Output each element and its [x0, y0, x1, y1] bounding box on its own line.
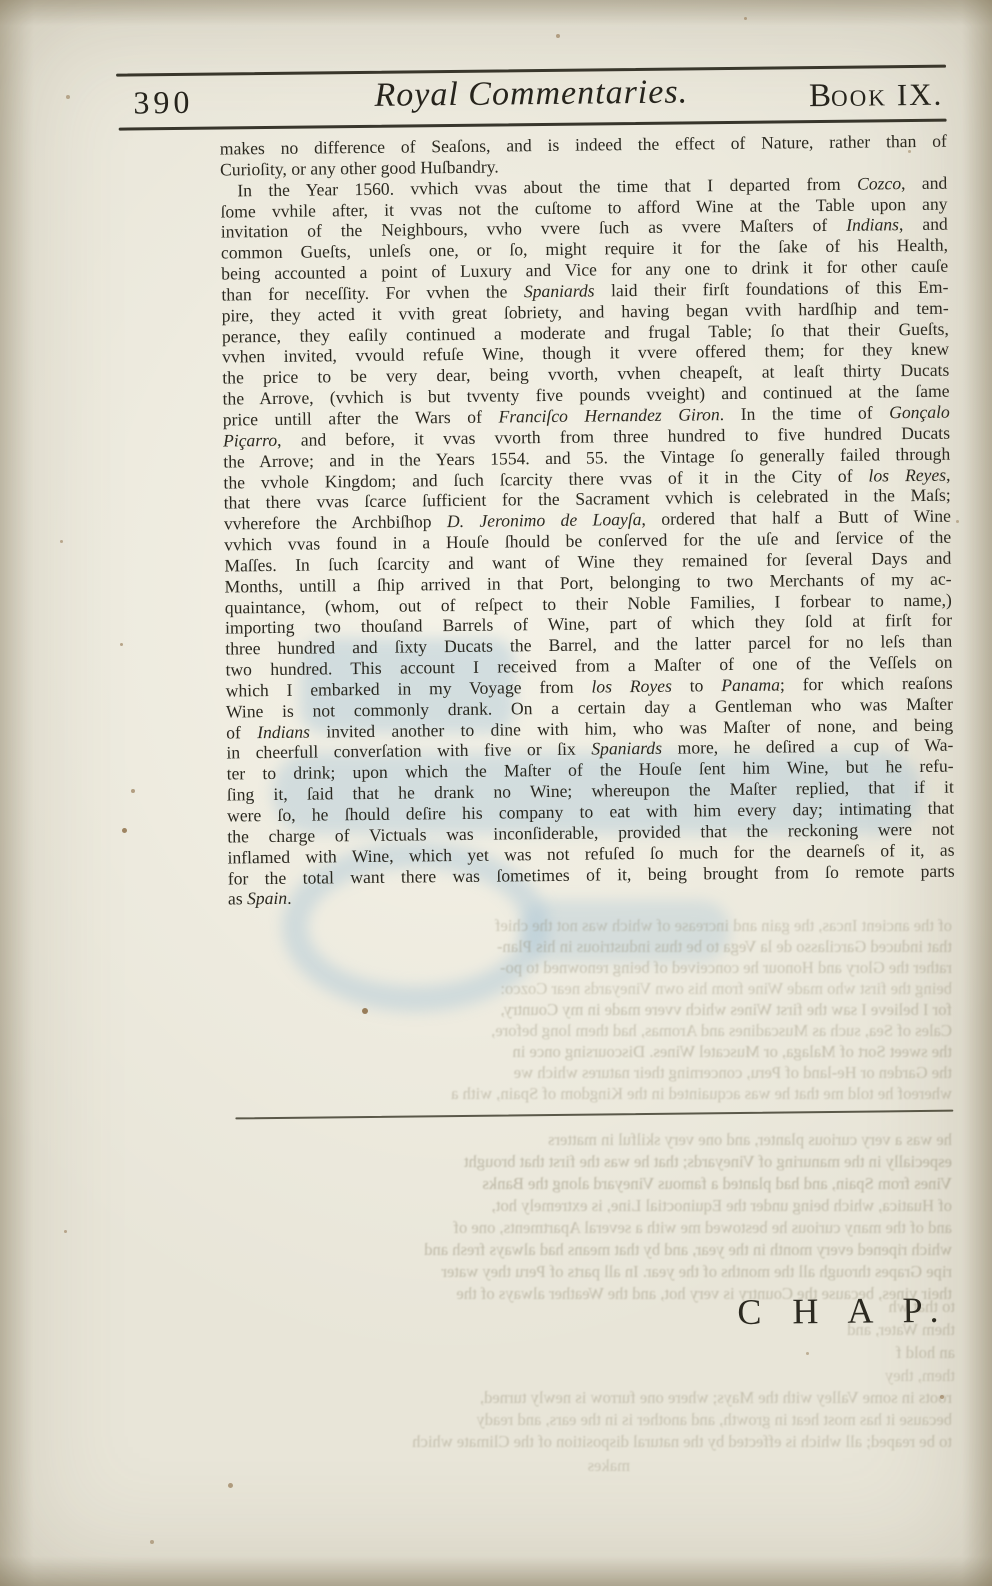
- fox-speck: [888, 760, 891, 763]
- fox-speck: [228, 1483, 233, 1488]
- fox-speck: [362, 1008, 368, 1014]
- catchword: C H A P.: [737, 1289, 950, 1333]
- fox-speck: [150, 1540, 154, 1544]
- header-rule-bottom: [119, 119, 947, 131]
- book-label-numeral: IX.: [897, 77, 944, 113]
- fox-speck: [956, 520, 959, 523]
- fox-speck: [744, 17, 747, 20]
- book-label: BookIX.: [809, 77, 944, 115]
- fox-speck: [122, 828, 127, 833]
- body-text: makes no difference of Seaſons, and is i…: [220, 131, 955, 910]
- fox-speck: [806, 1352, 809, 1355]
- fox-speck: [66, 95, 70, 99]
- fox-speck: [556, 34, 560, 38]
- book-label-initial: B: [809, 78, 831, 114]
- printed-content: 390 Royal Commentaries. BookIX. makes no…: [0, 0, 992, 1586]
- book-label-rest: ook: [831, 77, 887, 114]
- scanned-book-page: of the ancient Incas, the gain and incre…: [0, 0, 992, 1586]
- fox-speck: [940, 1395, 944, 1399]
- fox-speck: [131, 789, 135, 793]
- fox-speck: [120, 643, 123, 646]
- fox-speck: [60, 540, 63, 543]
- section-rule: [235, 1110, 953, 1120]
- fox-speck: [908, 150, 911, 153]
- fox-speck: [64, 1230, 67, 1233]
